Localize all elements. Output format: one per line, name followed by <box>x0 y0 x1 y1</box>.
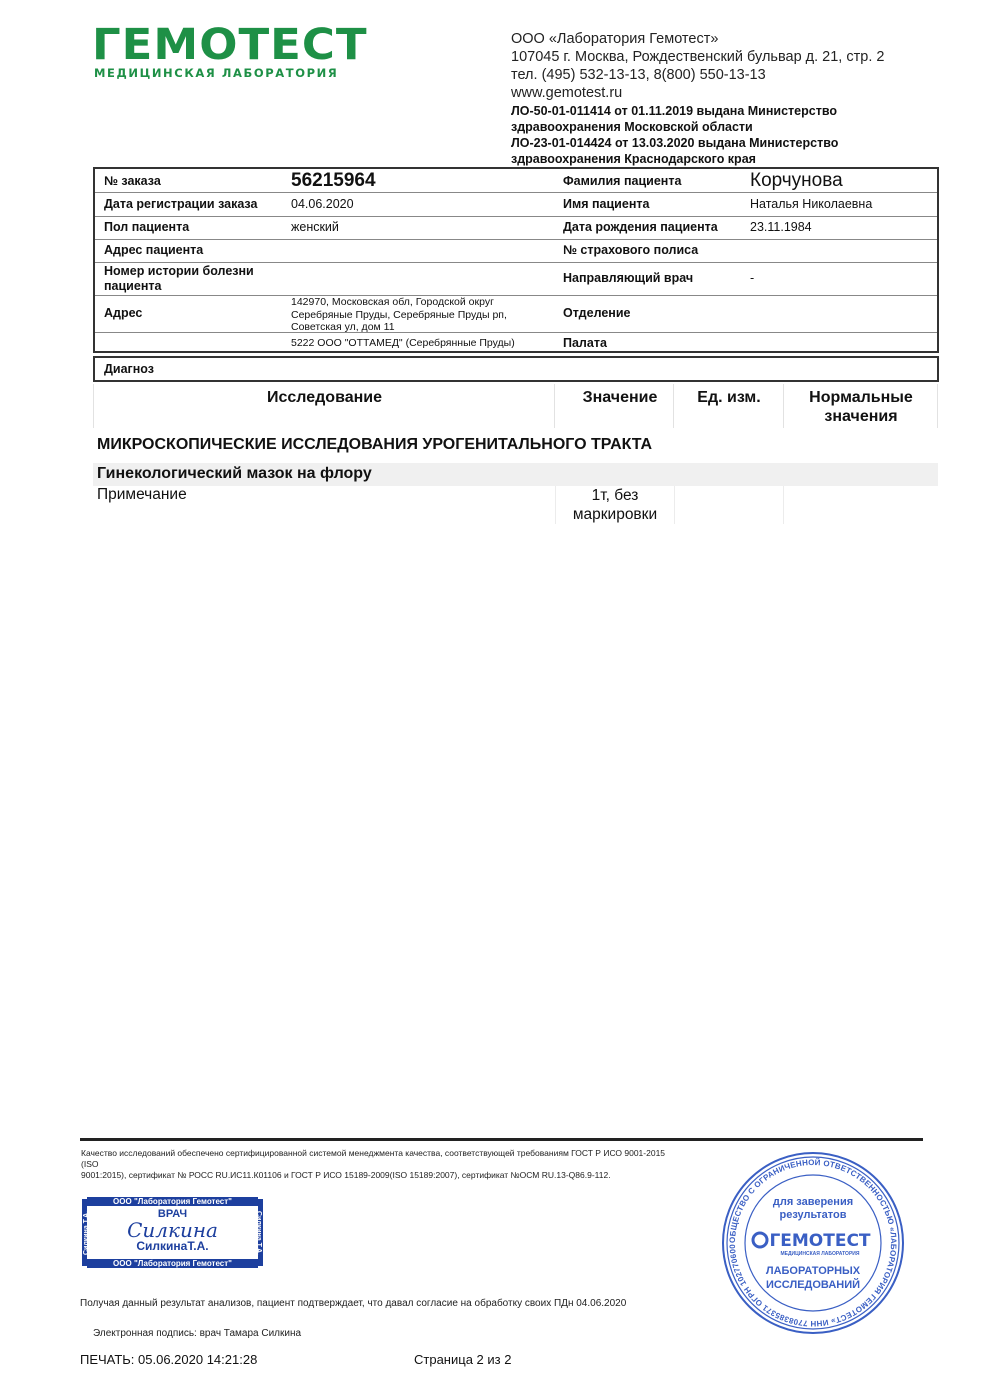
lab-logo: ГЕМОТЕСТ <box>92 22 368 68</box>
company-name: ООО «Лаборатория Гемотест» <box>511 30 931 48</box>
stamp-line: для заверения <box>773 1196 853 1208</box>
table-row: Адрес 142970, Московская обл, Городской … <box>95 296 937 333</box>
column-divider <box>937 384 938 428</box>
result-name: Примечание <box>97 486 187 504</box>
sex-label: Пол пациента <box>104 220 189 234</box>
column-divider <box>674 486 675 524</box>
dob-label: Дата рождения пациента <box>563 220 718 234</box>
patient-address-label: Адрес пациента <box>104 243 203 257</box>
section-title: МИКРОСКОПИЧЕСКИЕ ИССЛЕДОВАНИЯ УРОГЕНИТАЛ… <box>97 436 652 454</box>
license-line: здравоохранения Краснодарского края <box>511 151 931 167</box>
column-divider <box>554 384 555 428</box>
doctor-label: Направляющий врач <box>563 271 693 285</box>
stamp-line: ИССЛЕДОВАНИЙ <box>766 1278 860 1291</box>
electronic-signature: Электронная подпись: врач Тамара Силкина <box>93 1328 301 1339</box>
referring-doctor: - <box>750 271 754 285</box>
diagnosis-label: Диагноз <box>104 362 154 376</box>
doctor-stamp-edge: ООО "Лаборатория Гемотест" <box>87 1259 258 1268</box>
footer-divider <box>80 1138 923 1141</box>
reg-date: 04.06.2020 <box>291 197 354 211</box>
patient-sex: женский <box>291 220 339 234</box>
address-value: 142970, Московская обл, Городской округ … <box>291 296 507 334</box>
table-row: Пол пациента женский Дата рождения пацие… <box>95 217 937 240</box>
policy-label: № страхового полиса <box>563 243 698 257</box>
company-info: ООО «Лаборатория Гемотест» 107045 г. Мос… <box>511 30 931 167</box>
table-row: 5222 ООО "ОТТАМЕД" (Серебрянные Пруды) П… <box>95 333 937 353</box>
col-norm: Нормальные значения <box>784 384 938 428</box>
license-line: ЛО-23-01-014424 от 13.03.2020 выдана Мин… <box>511 135 931 151</box>
stamp-brand: ГЕМОТЕСТ <box>769 1231 870 1251</box>
col-unit: Ед. изм. <box>674 384 784 428</box>
table-row: № заказа 56215964 Фамилия пациента Корчу… <box>95 169 937 193</box>
surname-label: Фамилия пациента <box>563 174 681 188</box>
print-timestamp: ПЕЧАТЬ: 05.06.2020 14:21:28 <box>80 1352 257 1367</box>
order-number-label: № заказа <box>104 174 161 188</box>
table-row: Номер истории болезни пациента Направляю… <box>95 263 937 296</box>
doctor-stamp-side: Силкина Т.А. <box>255 1208 262 1258</box>
company-website: www.gemotest.ru <box>511 84 931 102</box>
result-value: 1т, без маркировки <box>556 486 674 524</box>
doctor-signature: Силкина <box>87 1220 258 1240</box>
stamp-line: результатов <box>779 1209 846 1221</box>
ward-label: Палата <box>563 336 607 350</box>
group-title: Гинекологический мазок на флору <box>97 465 372 483</box>
stamp-brand-sub: МЕДИЦИНСКАЯ ЛАБОРАТОРИЯ <box>781 1251 860 1257</box>
doctor-stamp-name: СилкинаТ.А. <box>87 1240 258 1253</box>
diagnosis-box: Диагноз <box>93 356 939 382</box>
page-number: Страница 2 из 2 <box>414 1352 511 1367</box>
doctor-stamp-side: Силкина Т.А. <box>83 1208 90 1258</box>
company-phone: тел. (495) 532-13-13, 8(800) 550-13-13 <box>511 66 931 84</box>
license-line: ЛО-50-01-011414 от 01.11.2019 выдана Мин… <box>511 103 931 119</box>
clinic-value: 5222 ООО "ОТТАМЕД" (Серебрянные Пруды) <box>291 337 515 350</box>
table-row: Дата регистрации заказа 04.06.2020 Имя п… <box>95 193 937 217</box>
lab-logo-subtitle: МЕДИЦИНСКАЯ ЛАБОРАТОРИЯ <box>94 66 338 80</box>
consent-text: Получая данный результат анализов, пацие… <box>80 1298 626 1309</box>
reg-date-label: Дата регистрации заказа <box>104 197 257 211</box>
patient-info-table: № заказа 56215964 Фамилия пациента Корчу… <box>93 167 939 353</box>
history-label: Номер истории болезни пациента <box>104 264 284 294</box>
column-divider <box>783 486 784 524</box>
order-number: 56215964 <box>291 170 376 192</box>
address-label: Адрес <box>104 306 142 320</box>
doctor-stamp: ООО "Лаборатория Гемотест" Силкина Т.А. … <box>82 1199 263 1266</box>
lab-round-stamp: ОБЩЕСТВО С ОГРАНИЧЕННОЙ ОТВЕТСТВЕННОСТЬЮ… <box>720 1150 906 1336</box>
table-row: Адрес пациента № страхового полиса <box>95 240 937 263</box>
doctor-stamp-edge: ООО "Лаборатория Гемотест" <box>87 1197 258 1206</box>
department-label: Отделение <box>563 306 630 320</box>
col-value: Значение <box>556 384 674 428</box>
patient-name: Наталья Николаевна <box>750 197 872 211</box>
round-stamp-icon: ОБЩЕСТВО С ОГРАНИЧЕННОЙ ОТВЕТСТВЕННОСТЬЮ… <box>720 1150 906 1336</box>
patient-dob: 23.11.1984 <box>750 220 812 234</box>
license-line: здравоохранения Московской области <box>511 119 931 135</box>
results-header: Исследование Значение Ед. изм. Нормальны… <box>93 384 938 428</box>
quality-statement: Качество исследований обеспечено сертифи… <box>81 1148 681 1181</box>
company-address: 107045 г. Москва, Рождественский бульвар… <box>511 48 931 66</box>
col-study: Исследование <box>93 384 556 428</box>
stamp-line: ЛАБОРАТОРНЫХ <box>766 1265 861 1277</box>
name-label: Имя пациента <box>563 197 649 211</box>
patient-surname: Корчунова <box>750 170 843 192</box>
